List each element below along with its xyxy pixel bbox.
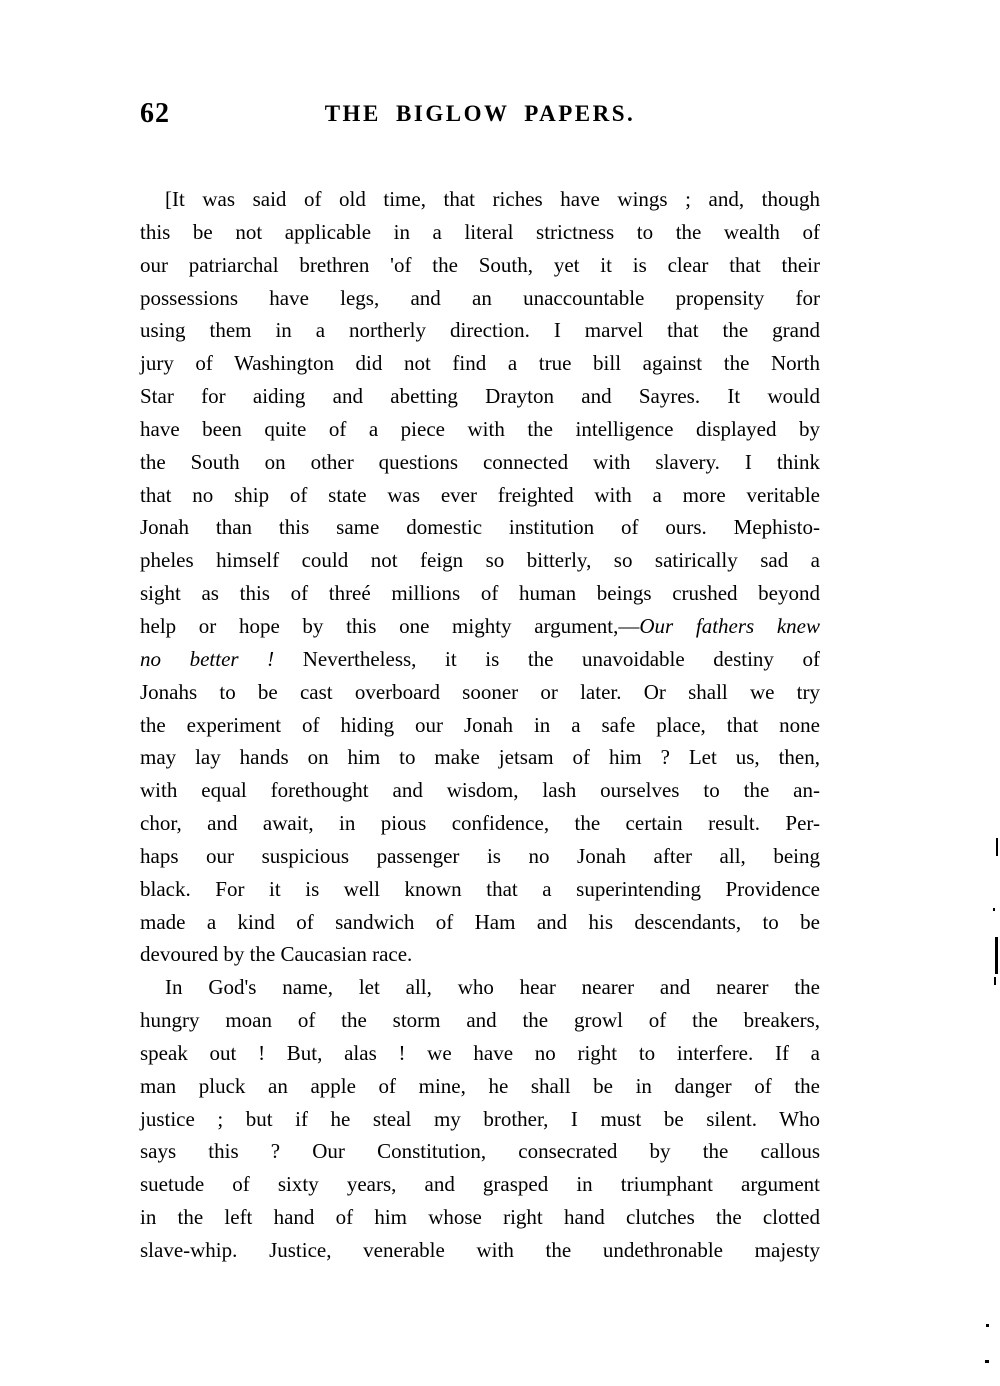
text-line: our patriarchal brethren 'of the South, …	[140, 249, 820, 282]
text-run: made a kind of sandwich of Ham and his d…	[140, 910, 820, 934]
text-line: the experiment of hiding our Jonah in a …	[140, 709, 820, 742]
text-line: using them in a northerly direction. I m…	[140, 314, 820, 347]
text-line: made a kind of sandwich of Ham and his d…	[140, 906, 820, 939]
text-line: haps our suspicious passenger is no Jona…	[140, 840, 820, 873]
text-line: says this ? Our Constitution, consecrate…	[140, 1135, 820, 1168]
page-header: 62 THE BIGLOW PAPERS.	[140, 98, 820, 130]
text-run: haps our suspicious passenger is no Jona…	[140, 844, 820, 868]
text-line: Jonahs to be cast overboard sooner or la…	[140, 676, 820, 709]
text-run: hungry moan of the storm and the growl o…	[140, 1008, 820, 1032]
text-line: no better ! Nevertheless, it is the unav…	[140, 643, 820, 676]
text-run: says this ? Our Constitution, consecrate…	[140, 1139, 820, 1163]
text-run: jury of Washington did not find a true b…	[140, 351, 820, 375]
text-run: with equal forethought and wisdom, lash …	[140, 778, 820, 802]
page-body: [It was said of old time, that riches ha…	[140, 183, 820, 1267]
book-page: 62 THE BIGLOW PAPERS. [It was said of ol…	[0, 0, 1000, 1386]
text-line: help or hope by this one mighty argument…	[140, 610, 820, 643]
text-line: devoured by the Caucasian race.	[140, 938, 820, 971]
text-line: In God's name, let all, who hear nearer …	[140, 971, 820, 1004]
text-run: speak out ! But, alas ! we have no right…	[140, 1041, 820, 1065]
text-line: justice ; but if he steal my brother, I …	[140, 1103, 820, 1136]
text-line: the South on other questions connected w…	[140, 446, 820, 479]
text-line: may lay hands on him to make jetsam of h…	[140, 741, 820, 774]
scan-artifact	[996, 838, 998, 856]
italic-text-run: no better !	[140, 647, 274, 671]
scan-artifact	[986, 1324, 989, 1327]
text-run: the experiment of hiding our Jonah in a …	[140, 713, 820, 737]
text-line: possessions have legs, and an unaccounta…	[140, 282, 820, 315]
running-title: THE BIGLOW PAPERS.	[325, 101, 636, 126]
text-line: slave-whip. Justice, venerable with the …	[140, 1234, 820, 1267]
text-run: Jonahs to be cast overboard sooner or la…	[140, 680, 820, 704]
text-run: have been quite of a piece with the inte…	[140, 417, 820, 441]
text-run: suetude of sixty years, and grasped in t…	[140, 1172, 820, 1196]
text-run: the South on other questions connected w…	[140, 450, 820, 474]
scan-artifact	[985, 1360, 989, 1363]
text-line: with equal forethought and wisdom, lash …	[140, 774, 820, 807]
text-line: hungry moan of the storm and the growl o…	[140, 1004, 820, 1037]
scan-artifact	[993, 908, 995, 911]
text-line: in the left hand of him whose right hand…	[140, 1201, 820, 1234]
text-line: man pluck an apple of mine, he shall be …	[140, 1070, 820, 1103]
text-run: that no ship of state was ever freighted…	[140, 483, 820, 507]
text-run: using them in a northerly direction. I m…	[140, 318, 820, 342]
text-run: In God's name, let all, who hear nearer …	[165, 975, 820, 999]
text-line: sight as this of threé millions of human…	[140, 577, 820, 610]
text-line: Star for aiding and abetting Drayton and…	[140, 380, 820, 413]
page-number: 62	[140, 98, 170, 130]
text-run: chor, and await, in pious confidence, th…	[140, 811, 820, 835]
text-line: black. For it is well known that a super…	[140, 873, 820, 906]
text-run: black. For it is well known that a super…	[140, 877, 820, 901]
text-run: Nevertheless, it is the unavoidable dest…	[274, 647, 820, 671]
text-run: help or hope by this one mighty argument…	[140, 614, 639, 638]
text-run: devoured by the Caucasian race.	[140, 942, 412, 966]
text-line: have been quite of a piece with the inte…	[140, 413, 820, 446]
text-run: possessions have legs, and an unaccounta…	[140, 286, 820, 310]
italic-text-run: Our fathers knew	[639, 614, 820, 638]
text-line: [It was said of old time, that riches ha…	[140, 183, 820, 216]
text-line: suetude of sixty years, and grasped in t…	[140, 1168, 820, 1201]
text-run: Star for aiding and abetting Drayton and…	[140, 384, 820, 408]
text-run: our patriarchal brethren 'of the South, …	[140, 253, 820, 277]
text-run: man pluck an apple of mine, he shall be …	[140, 1074, 820, 1098]
text-line: Jonah than this same domestic institutio…	[140, 511, 820, 544]
text-run: slave-whip. Justice, venerable with the …	[140, 1238, 820, 1262]
text-run: [It was said of old time, that riches ha…	[165, 187, 820, 211]
scan-artifact	[994, 977, 996, 985]
text-line: speak out ! But, alas ! we have no right…	[140, 1037, 820, 1070]
text-line: chor, and await, in pious confidence, th…	[140, 807, 820, 840]
text-line: this be not applicable in a literal stri…	[140, 216, 820, 249]
text-run: pheles himself could not feign so bitter…	[140, 548, 820, 572]
text-run: Jonah than this same domestic institutio…	[140, 515, 820, 539]
text-run: may lay hands on him to make jetsam of h…	[140, 745, 820, 769]
text-line: that no ship of state was ever freighted…	[140, 479, 820, 512]
text-run: sight as this of threé millions of human…	[140, 581, 820, 605]
text-run: justice ; but if he steal my brother, I …	[140, 1107, 820, 1131]
scan-artifact	[995, 937, 998, 974]
text-run: this be not applicable in a literal stri…	[140, 220, 820, 244]
text-line: jury of Washington did not find a true b…	[140, 347, 820, 380]
text-run: in the left hand of him whose right hand…	[140, 1205, 820, 1229]
text-line: pheles himself could not feign so bitter…	[140, 544, 820, 577]
